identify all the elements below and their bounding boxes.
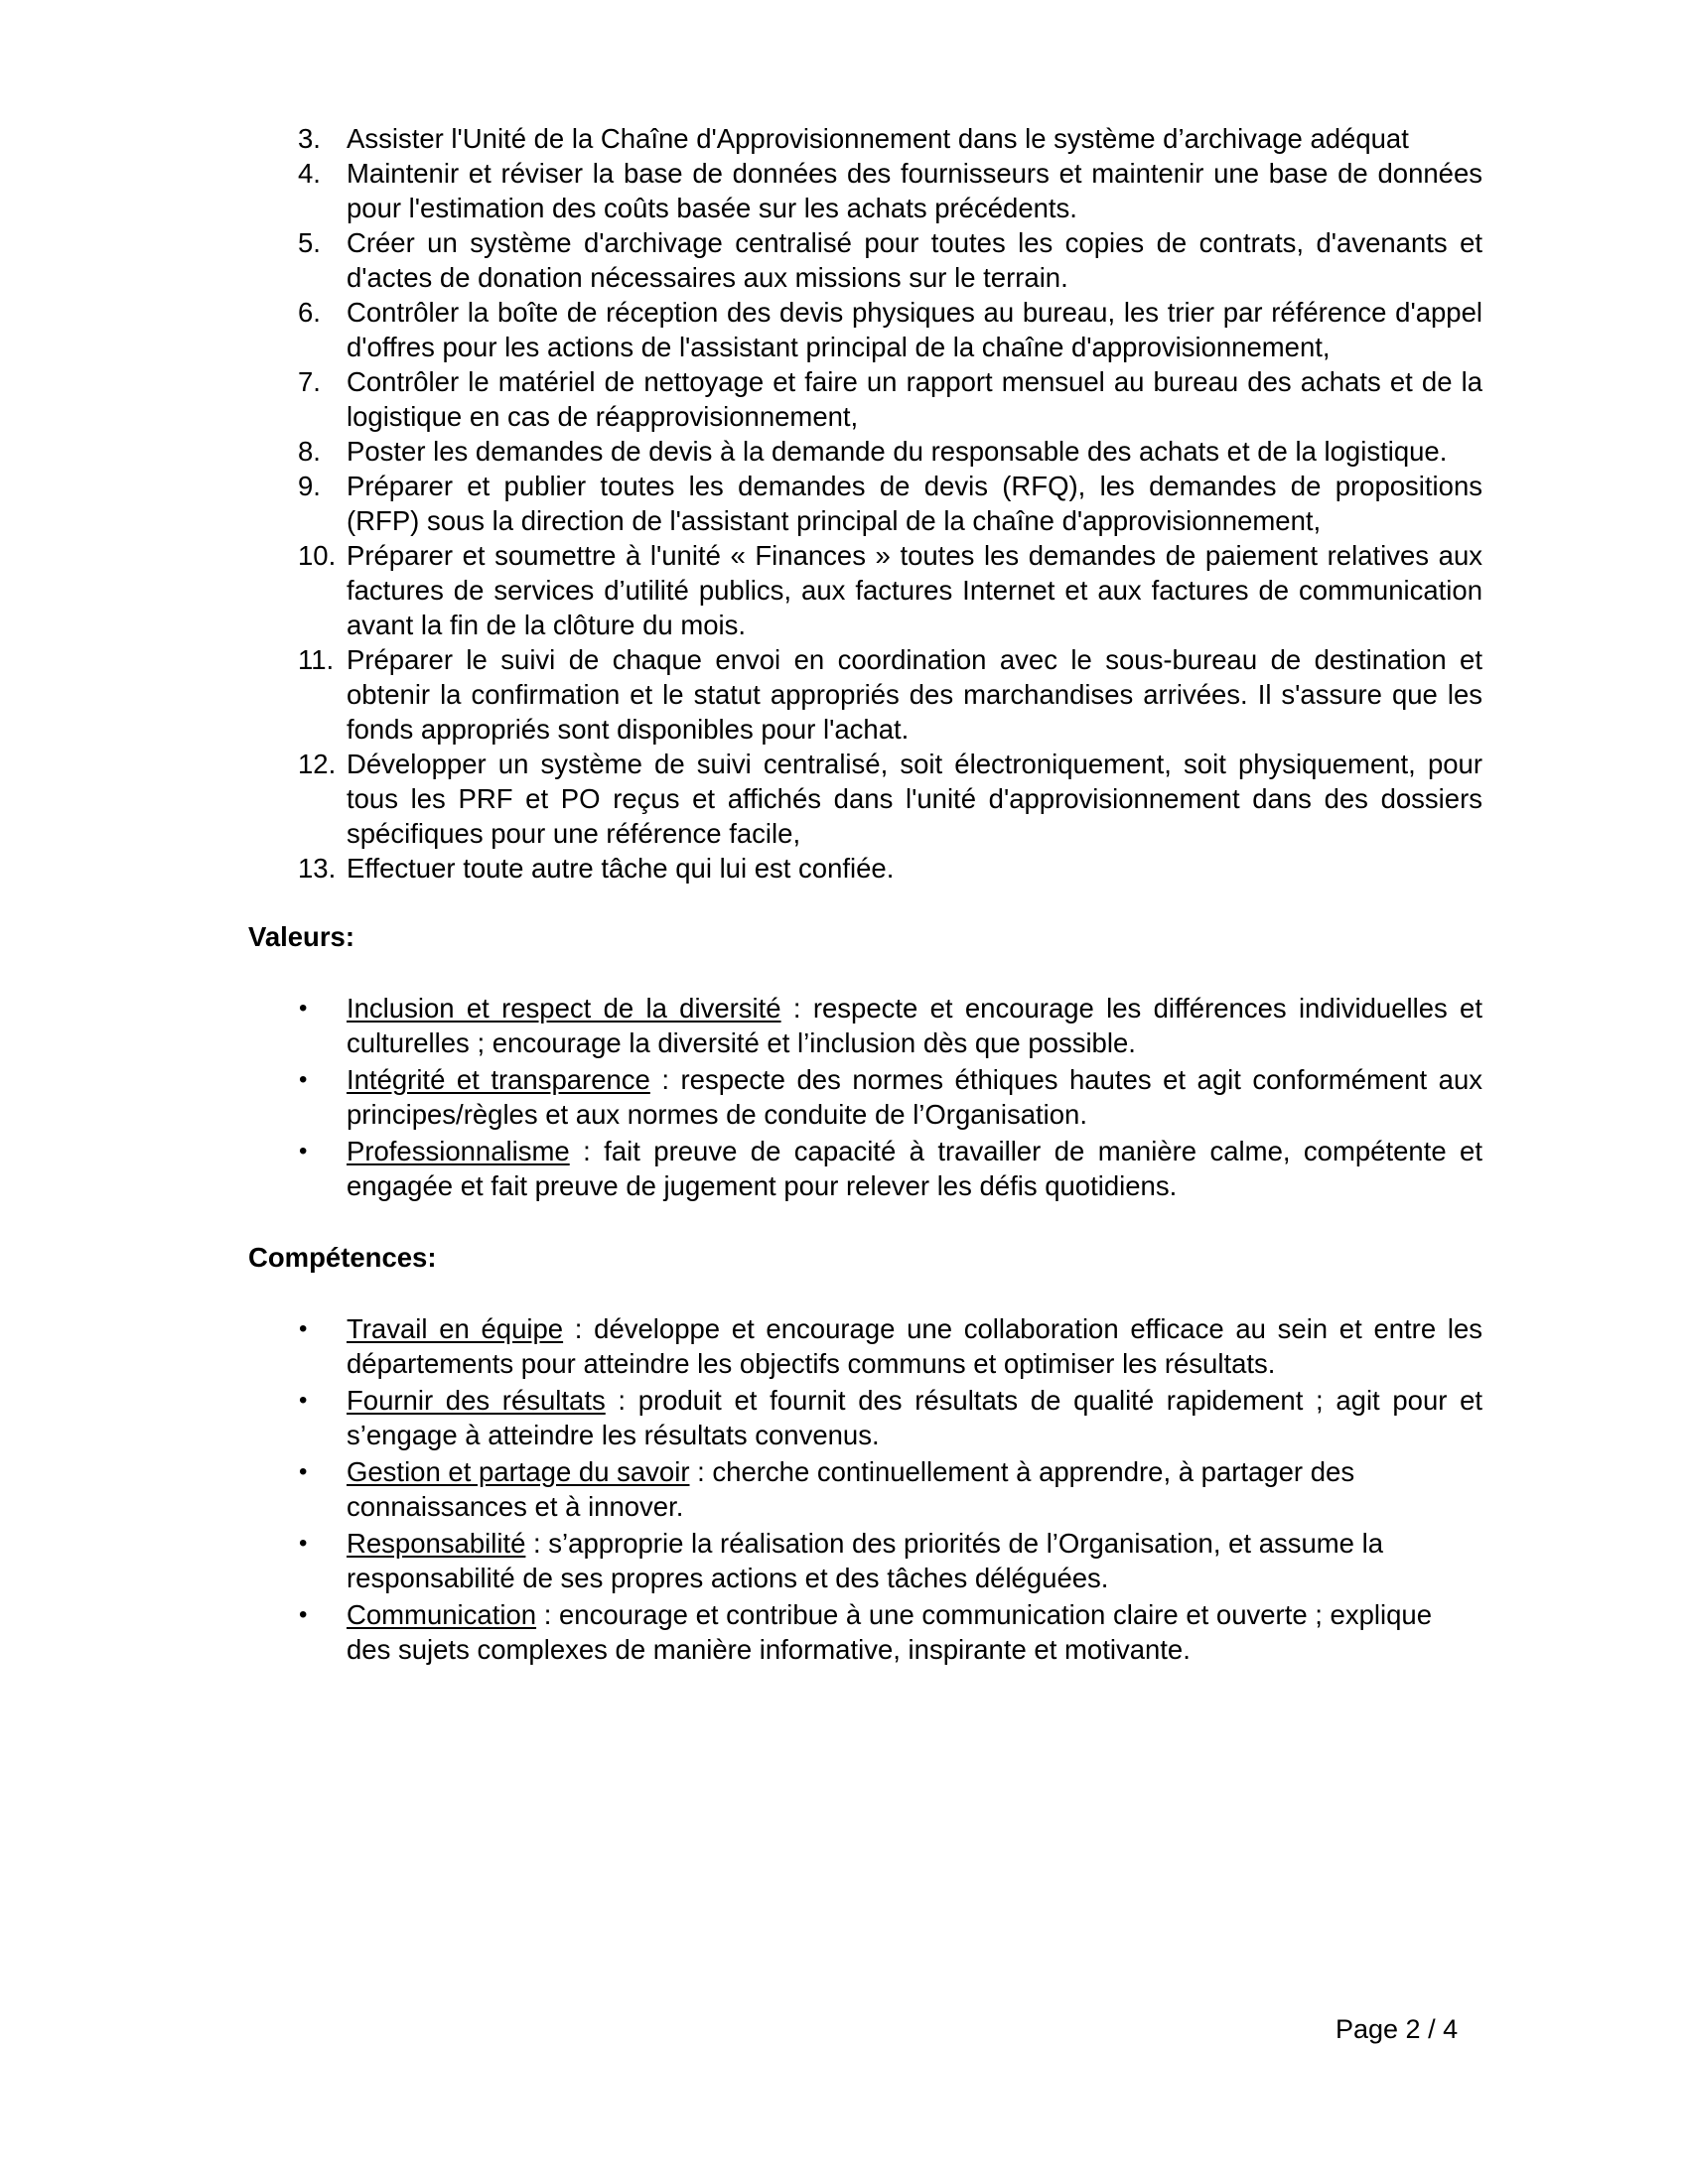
task-text: Effectuer toute autre tâche qui lui est … (347, 853, 894, 884)
competence-term: Communication (347, 1599, 536, 1630)
task-text: Développer un système de suivi centralis… (347, 749, 1482, 849)
task-number: 12. (298, 747, 346, 781)
competence-item: •Fournir des résultats : produit et four… (248, 1383, 1482, 1452)
competence-item: •Communication : encourage et contribue … (248, 1597, 1482, 1667)
task-number: 7. (298, 364, 346, 399)
task-text: Poster les demandes de devis à la demand… (347, 436, 1447, 467)
task-number: 13. (298, 851, 346, 886)
value-item: •Inclusion et respect de la diversité : … (248, 991, 1482, 1060)
task-item: 6.Contrôler la boîte de réception des de… (248, 295, 1482, 364)
competence-item: •Gestion et partage du savoir : cherche … (248, 1454, 1482, 1524)
bullet-icon: • (299, 1454, 307, 1489)
competence-term: Responsabilité (347, 1528, 525, 1559)
task-item: 4.Maintenir et réviser la base de donnée… (248, 156, 1482, 225)
task-number: 6. (298, 295, 346, 330)
document-page: 3.Assister l'Unité de la Chaîne d'Approv… (0, 0, 1688, 2184)
task-number: 8. (298, 434, 346, 469)
value-item: •Professionnalisme : fait preuve de capa… (248, 1134, 1482, 1203)
value-term: Intégrité et transparence (347, 1064, 650, 1095)
competence-term: Gestion et partage du savoir (347, 1456, 689, 1487)
task-item: 11.Préparer le suivi de chaque envoi en … (248, 642, 1482, 747)
task-number: 11. (298, 642, 346, 677)
task-item: 12.Développer un système de suivi centra… (248, 747, 1482, 851)
task-number: 9. (298, 469, 346, 503)
bullet-icon: • (299, 1134, 307, 1168)
competence-item: •Travail en équipe : développe et encour… (248, 1311, 1482, 1381)
task-number: 5. (298, 225, 346, 260)
bullet-icon: • (299, 1062, 307, 1097)
task-text: Assister l'Unité de la Chaîne d'Approvis… (347, 123, 1409, 154)
task-item: 9.Préparer et publier toutes les demande… (248, 469, 1482, 538)
page-number: Page 2 / 4 (1336, 2014, 1458, 2045)
task-text: Préparer et publier toutes les demandes … (347, 471, 1482, 536)
page-content: 3.Assister l'Unité de la Chaîne d'Approv… (248, 121, 1482, 1669)
task-item: 8.Poster les demandes de devis à la dema… (248, 434, 1482, 469)
competence-term: Fournir des résultats (347, 1385, 606, 1416)
task-item: 13.Effectuer toute autre tâche qui lui e… (248, 851, 1482, 886)
value-term: Inclusion et respect de la diversité (347, 993, 781, 1024)
value-item: •Intégrité et transparence : respecte de… (248, 1062, 1482, 1132)
task-text: Créer un système d'archivage centralisé … (347, 227, 1482, 293)
bullet-icon: • (299, 991, 307, 1025)
bullet-icon: • (299, 1526, 307, 1561)
task-list: 3.Assister l'Unité de la Chaîne d'Approv… (248, 121, 1482, 886)
task-text: Préparer le suivi de chaque envoi en coo… (347, 644, 1482, 745)
values-heading: Valeurs: (248, 919, 1482, 954)
bullet-icon: • (299, 1311, 307, 1346)
task-text: Maintenir et réviser la base de données … (347, 158, 1482, 223)
competences-list: •Travail en équipe : développe et encour… (248, 1311, 1482, 1667)
task-text: Contrôler la boîte de réception des devi… (347, 297, 1482, 362)
task-item: 7.Contrôler le matériel de nettoyage et … (248, 364, 1482, 434)
task-number: 10. (298, 538, 346, 573)
task-item: 10.Préparer et soumettre à l'unité « Fin… (248, 538, 1482, 642)
task-item: 5.Créer un système d'archivage centralis… (248, 225, 1482, 295)
value-term: Professionnalisme (347, 1136, 570, 1166)
task-item: 3.Assister l'Unité de la Chaîne d'Approv… (248, 121, 1482, 156)
task-number: 3. (298, 121, 346, 156)
competence-item: •Responsabilité : s’approprie la réalisa… (248, 1526, 1482, 1595)
values-list: •Inclusion et respect de la diversité : … (248, 991, 1482, 1203)
competence-term: Travail en équipe (347, 1313, 563, 1344)
task-text: Préparer et soumettre à l'unité « Financ… (347, 540, 1482, 640)
task-number: 4. (298, 156, 346, 191)
bullet-icon: • (299, 1383, 307, 1418)
bullet-icon: • (299, 1597, 307, 1632)
competences-heading: Compétences: (248, 1240, 1482, 1275)
task-text: Contrôler le matériel de nettoyage et fa… (347, 366, 1482, 432)
